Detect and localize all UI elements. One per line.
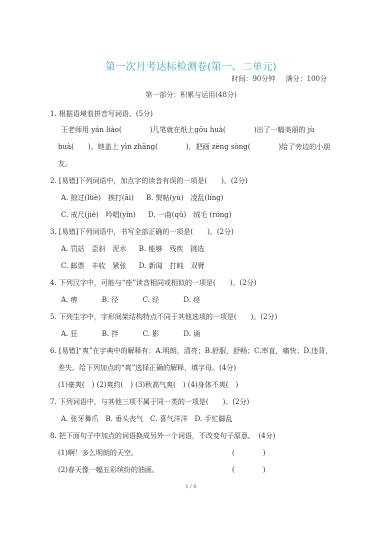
q8-stem: 8. 把下面句子中加点的词语换成另外一个词语，不改变句子原意。 (4分)	[50, 431, 275, 441]
q3-option-a: A. 罚站 歪斜 泥水	[61, 244, 127, 254]
q2-option-b: B. 熨帖(yù) 凌乱(líng)	[146, 193, 223, 203]
q5-option-c: C. 影	[143, 329, 160, 339]
q8-sentence-2: (2)春天像一幅五彩缤纷的油画。	[58, 465, 159, 475]
q5-option-a: A. 狂	[61, 329, 78, 339]
q3-option-b: B. 能够 残疾 挑选	[139, 244, 205, 254]
q5-option-b: B. 拌	[102, 329, 119, 339]
q2-options-row2: C. 戒尺(jiè) 吟唱(yín) D. 一曲(qǔ) 绒毛 (róng)	[61, 210, 241, 220]
page-number: 1 / 6	[0, 484, 382, 490]
q6-line2: 差失。给下列加点的“爽”选择正确的解释，填字母。(4分)	[58, 363, 236, 373]
q4-option-a: A. 痹	[61, 295, 78, 305]
q1-stem: 1. 根据语境看拼音写词语。(5分)	[50, 109, 153, 119]
q4-options: A. 痹 B. 径 C. 经 D. 痉	[61, 295, 210, 305]
exam-time: 时间：90分钟	[231, 75, 275, 83]
q3-options-row1: A. 罚站 歪斜 泥水 B. 能够 残疾 挑选	[61, 244, 214, 254]
q2-option-c: C. 戒尺(jiè) 吟唱(yín)	[61, 210, 136, 220]
exam-score: 满分：100分	[286, 75, 327, 83]
q2-stem: 2. [易错]下列词语中，加点字的读音有误的一项是( )。(2分)	[50, 176, 248, 186]
exam-meta: 时间：90分钟 满分：100分	[223, 74, 327, 84]
q2-options-row1: A. 掠过(lüè) 挨打(āi) B. 熨帖(yù) 凌乱(líng)	[61, 193, 233, 203]
q1-line1: 王老师用 yán liào( )几笔就在纸上gōu huà( )出了一幅美丽的 …	[61, 125, 314, 135]
q3-option-c: C. 邮票 丰收 紧张	[61, 261, 127, 271]
q1-line2: huà( )。她盖上 yìn zhāng( )，把画 zèng sòng( )给…	[58, 142, 330, 152]
q8-answer-blank-1: ( )	[232, 448, 265, 458]
q2-option-a: A. 掠过(lüè) 挨打(āi)	[61, 193, 134, 203]
exam-page: 第一次月考达标检测卷(第一、二单元) 时间：90分钟 满分：100分 第一部分：…	[0, 0, 382, 540]
q3-options-row2: C. 邮票 丰收 紧张 D. 新闻 打盹 双臂	[61, 261, 215, 271]
section-heading: 第一部分：积累与运用(48分)	[0, 90, 382, 100]
q8-answer-blank-2: ( )	[232, 465, 265, 475]
q2-option-d: D. 一曲(qǔ) 绒毛 (róng)	[148, 210, 232, 220]
q4-option-c: C. 经	[143, 295, 160, 305]
q5-stem: 5. 下列生字中，字形间架结构特点不同于其他选项的一项是( )。(2分)	[50, 312, 277, 322]
q7-options: A. 张牙舞爪 B. 垂头丧气 C. 喜气洋洋 D. 手忙脚乱	[61, 414, 232, 424]
q3-option-d: D. 新闻 打盹 双臂	[139, 261, 205, 271]
q6-stem: 6. [易错]“爽”在字典中的解释有：A.明朗，清亮；B.舒服，舒畅；C.率直，…	[50, 346, 332, 356]
q6-items: (1)豪爽( ) (2)爽约( ) (3)秋高气爽( ) (4)身体不爽( )	[58, 380, 238, 390]
q5-options: A. 狂 B. 拌 C. 影 D. 诵	[61, 329, 210, 339]
q8-sentence-1: (1)啊！多么明朗的天空。	[58, 448, 138, 458]
q4-stem: 4. 下列汉字中，可能与“痊”读音相同或相似的一项是( )。(2分)	[50, 278, 256, 288]
q1-line3: 友。	[58, 159, 72, 169]
q4-option-b: B. 径	[102, 295, 119, 305]
q7-stem: 7. 下列词语中，与其他三项不属于同一类的一项是( )。(2分)	[50, 397, 249, 407]
q5-option-d: D. 诵	[183, 329, 200, 339]
q4-option-d: D. 痉	[183, 295, 200, 305]
exam-title: 第一次月考达标检测卷(第一、二单元)	[0, 58, 382, 73]
q3-stem: 3. [易错]下列词语中，书写全部正确的一项是( )。(2分)	[50, 227, 234, 237]
